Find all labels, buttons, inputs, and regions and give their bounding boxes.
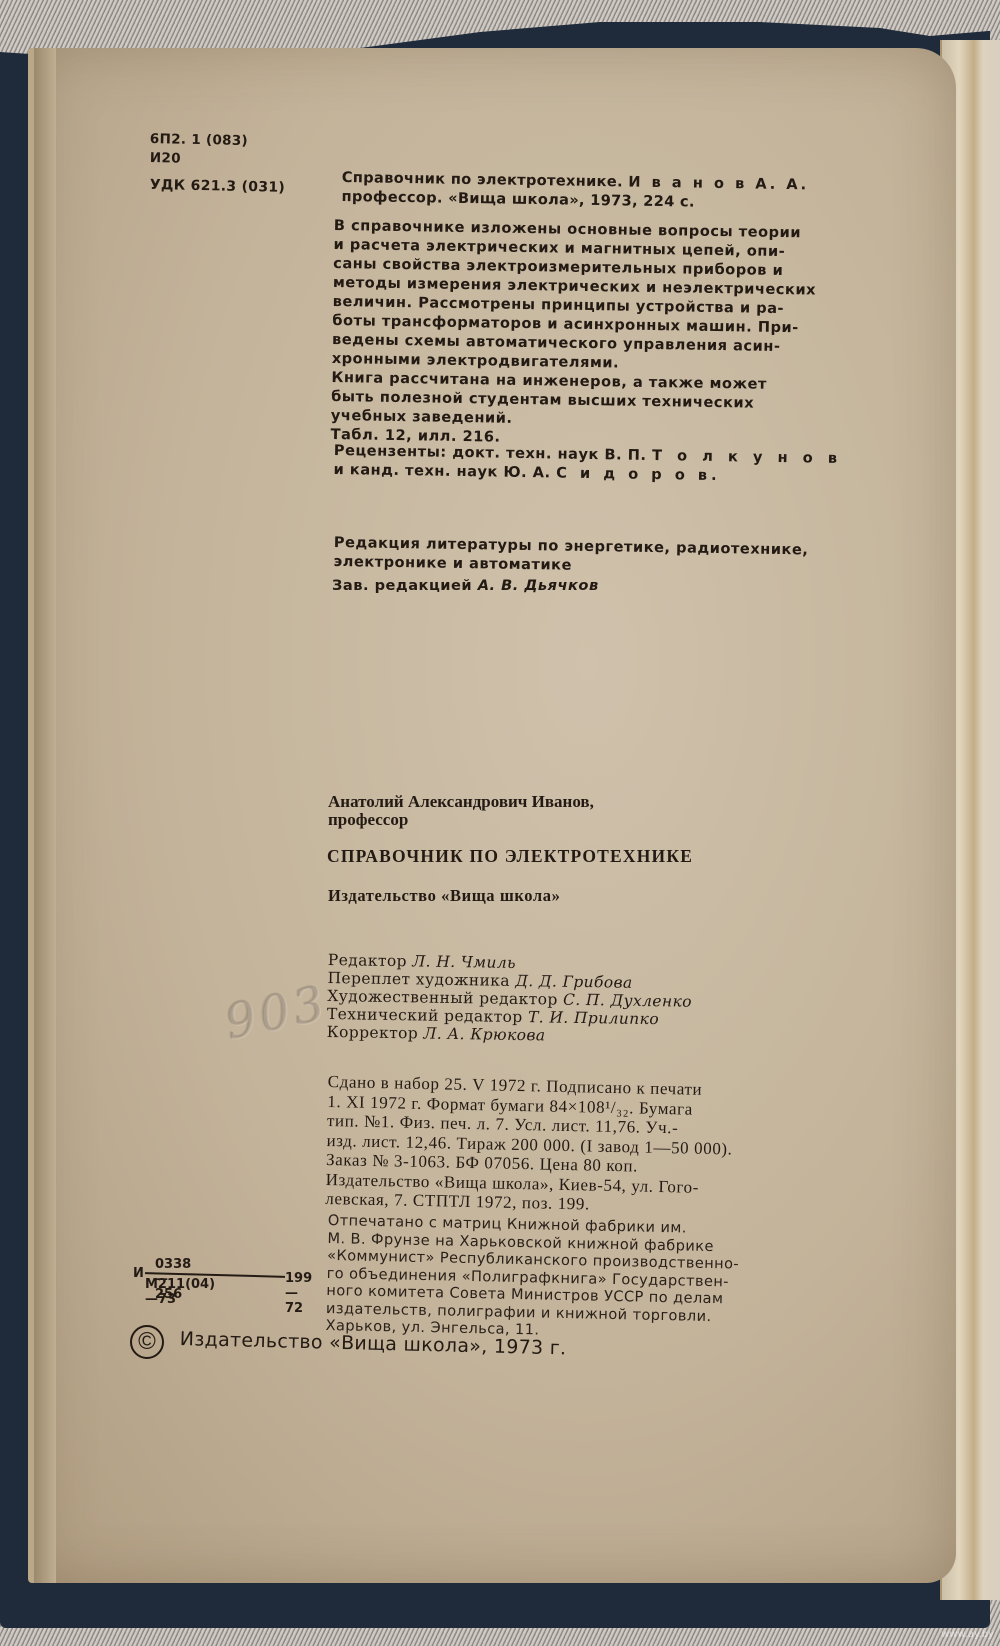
- credits: Редактор Л. Н. Чмиль Переплет художника …: [327, 951, 693, 1047]
- site-watermark: www.ay.by: [941, 1629, 994, 1640]
- abstract: В справочнике изложены основные вопросы …: [330, 216, 817, 452]
- credit-name: С. П. Духленко: [563, 991, 692, 1011]
- credit-name: Т. И. Прилипко: [528, 1008, 659, 1028]
- credit-name: Л. Н. Чмиль: [412, 952, 516, 972]
- editorial-head-label: Зав. редакцией: [332, 577, 472, 594]
- author-mark: И20: [150, 152, 181, 166]
- editorial-head-name: А. В. Дьячков: [478, 577, 599, 594]
- author-block: Анатолий Александрович Иванов, профессор: [328, 793, 594, 829]
- reviewers: Рецензенты: докт. техн. наук В. П. Т о л…: [333, 441, 842, 487]
- credit-role: Корректор: [327, 1023, 419, 1042]
- bibliographic-entry: Справочник по электротехнике. И в а н о …: [341, 168, 809, 213]
- udk-code: УДК 621.3 (031): [150, 178, 286, 195]
- author-name: Анатолий Александрович Иванов,: [328, 793, 594, 811]
- credit-name: Л. А. Крюкова: [423, 1025, 545, 1045]
- author-title: профессор: [328, 811, 594, 829]
- imprint: Сдано в набор 25. V 1972 г. Подписано к …: [325, 1072, 734, 1217]
- copyright-icon: ©: [130, 1325, 164, 1359]
- bbk-code: 6П2. 1 (083): [150, 133, 248, 149]
- printed-by: Отпечатано с матриц Книжной фабрики им. …: [325, 1212, 740, 1343]
- credit-role: Редактор: [328, 951, 407, 970]
- index-code-prefix: И: [133, 1266, 144, 1281]
- reviewer-name-1: Т о л к у н о в: [652, 447, 842, 467]
- reviewers-prefix-2: и канд. техн. наук Ю. А.: [333, 461, 550, 481]
- page-gutter: [34, 48, 56, 1583]
- bibliographic-author: И в а н о в А. А.: [628, 173, 809, 193]
- index-code-denominator: М211(04)—73: [145, 1277, 215, 1307]
- credit-name: Д. Д. Грибова: [515, 972, 633, 992]
- book-title: СПРАВОЧНИК ПО ЭЛЕКТРОТЕХНИКЕ: [327, 848, 693, 866]
- index-code-suffix: 199—72: [285, 1271, 312, 1316]
- publisher-line: Издательство «Вища школа»: [328, 888, 560, 905]
- editorial-office: Редакция литературы по энергетике, радио…: [333, 533, 808, 578]
- editorial-head: Зав. редакцией А. В. Дьячков: [332, 579, 599, 594]
- reviewer-name-2: С и д о р о в.: [556, 464, 721, 484]
